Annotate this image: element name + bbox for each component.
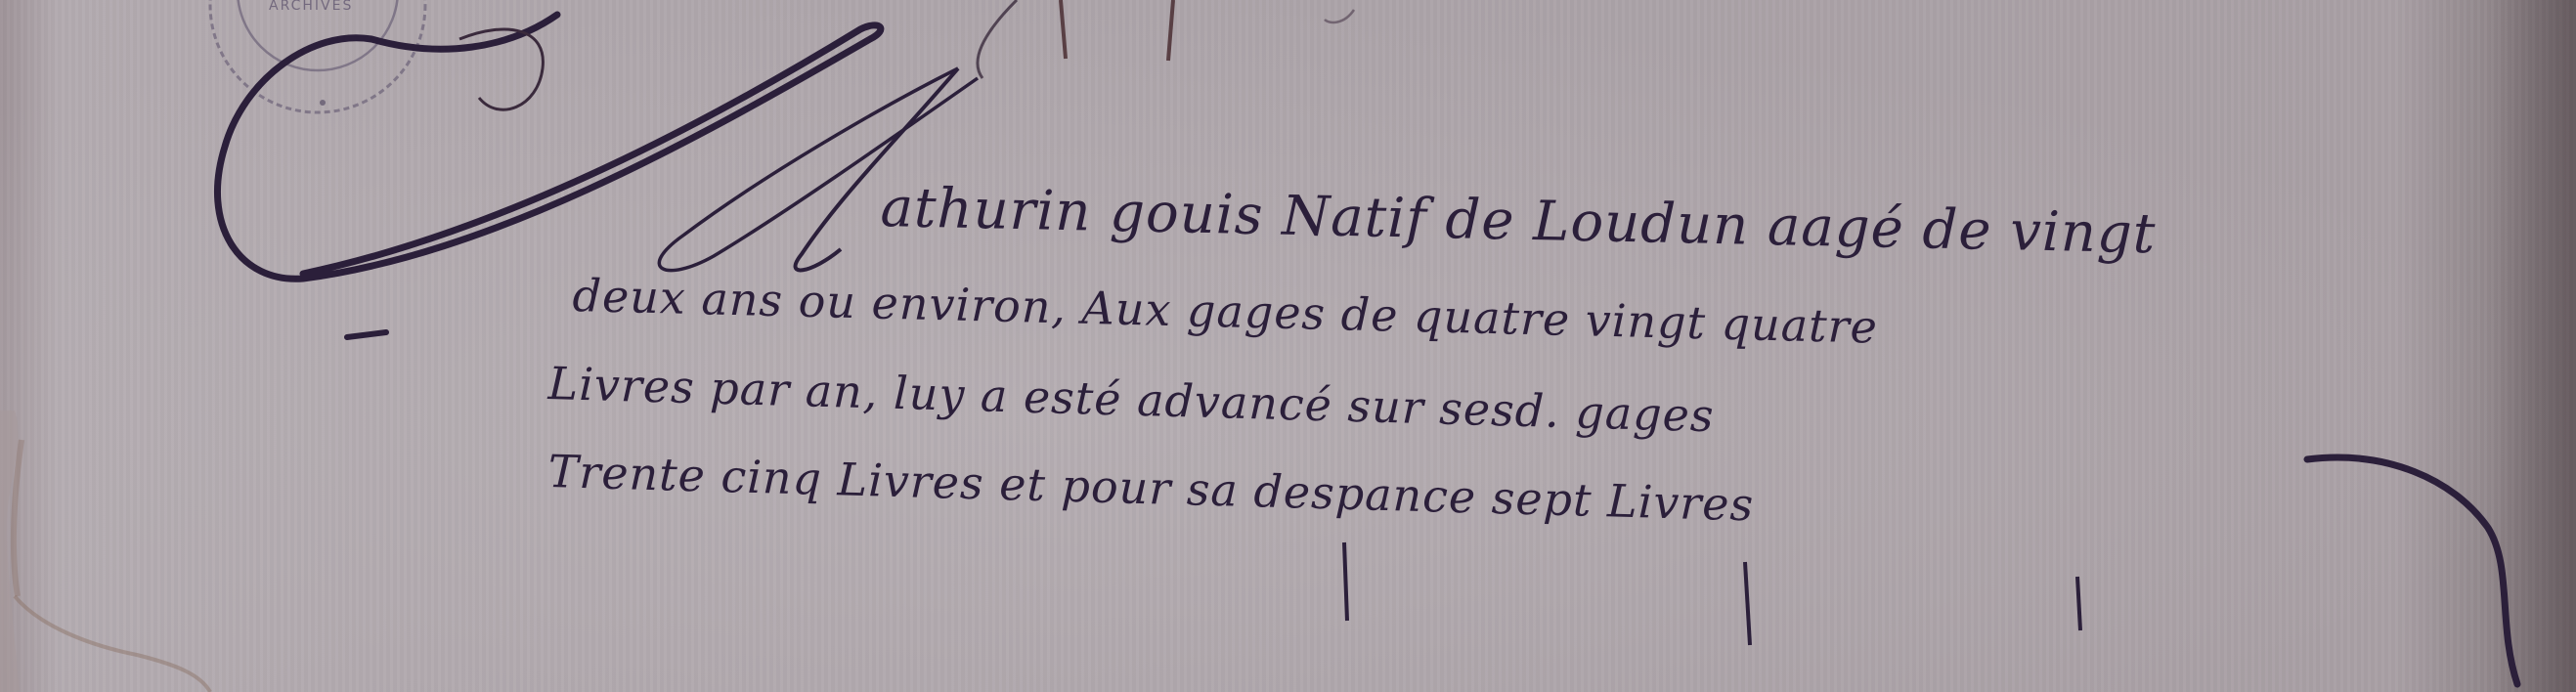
- initial-m-flourish: [0, 0, 2576, 692]
- manuscript-page: ARCHIVES athurin gouis Natif de Loudun a…: [0, 0, 2576, 692]
